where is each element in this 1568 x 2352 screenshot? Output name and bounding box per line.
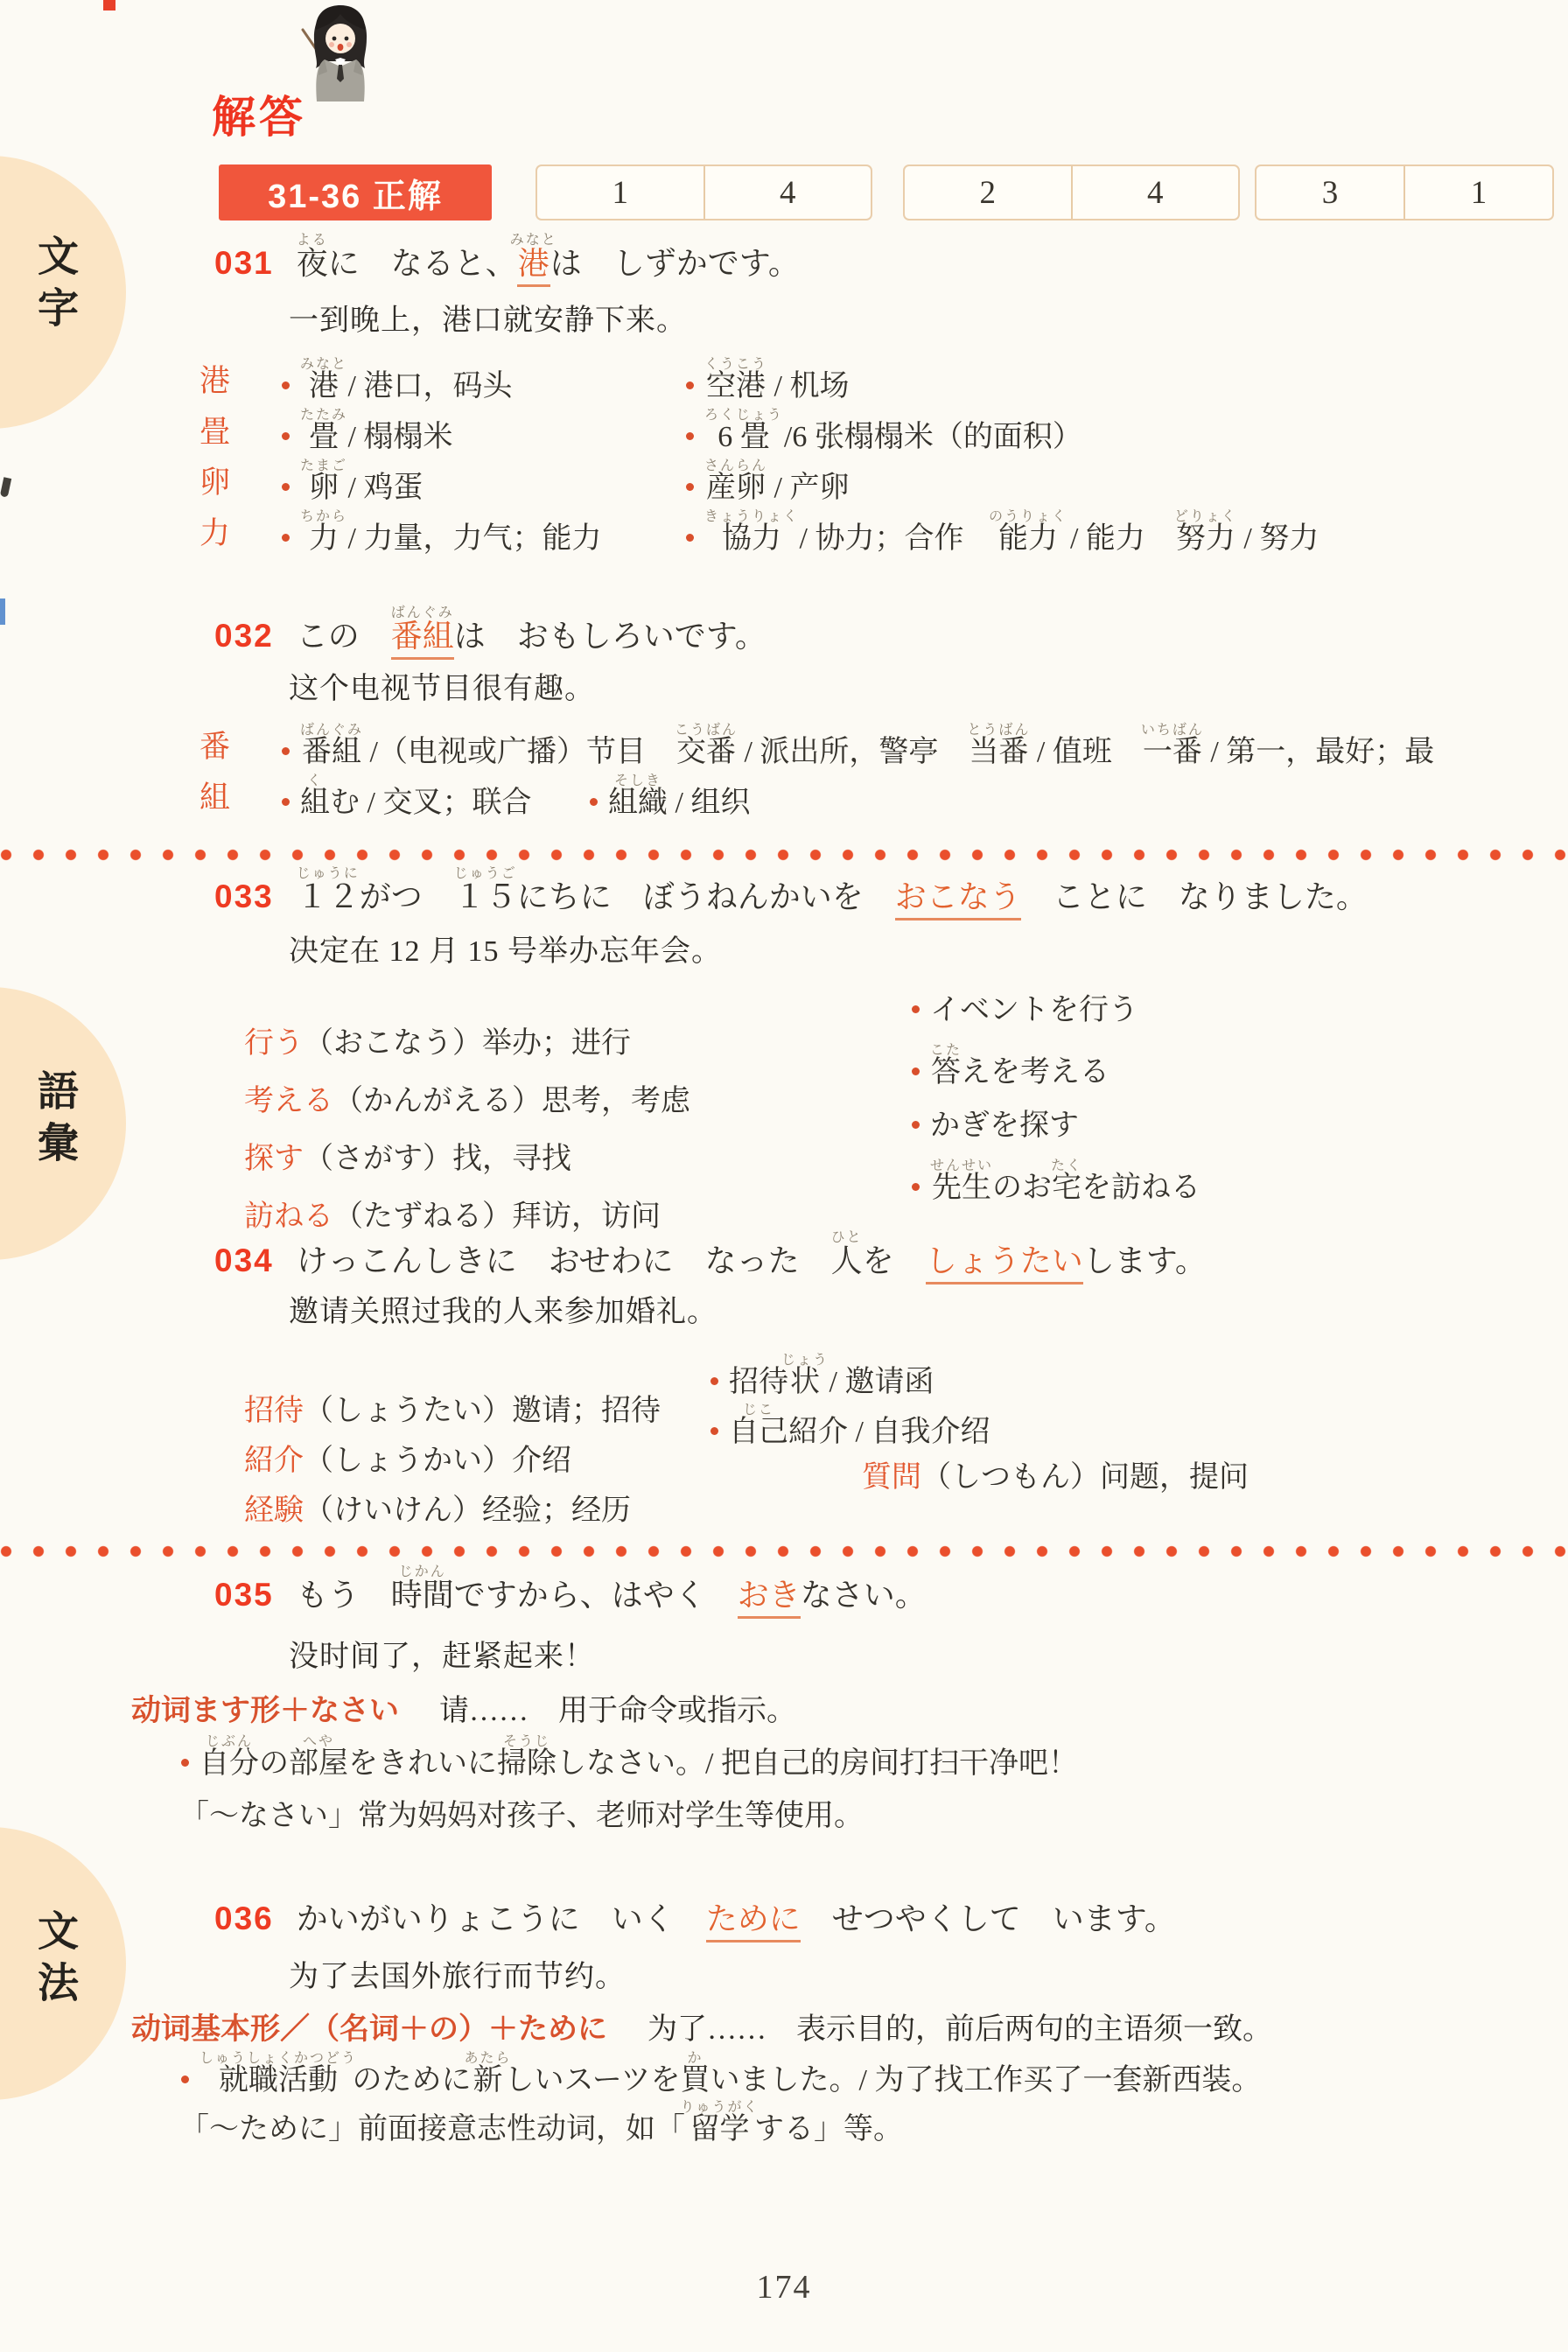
vocab-item: 組織そしき / 组织 — [588, 773, 750, 821]
print-artifact — [0, 477, 11, 497]
highlighted-answer-word: 番組ばんぐみ — [391, 619, 454, 660]
question-number: 034 — [214, 1242, 274, 1278]
vocab-item: 力ちから / 力量，力气；能力 — [280, 509, 684, 556]
grammar-meaning: 请…… 用于命令或指示。 — [439, 1695, 796, 1727]
answer-pair: 3 1 — [1255, 164, 1554, 220]
answer-cell: 4 — [1071, 166, 1239, 219]
grammar-pattern: 动词ます形＋なさい — [131, 1695, 399, 1727]
question-number: 035 — [214, 1577, 274, 1613]
highlighted-answer-word: しょうたい — [926, 1243, 1083, 1284]
translation-031: 一到晚上，港口就安静下来。 — [289, 304, 687, 338]
vocab-item: 組くむ / 交叉；联合 — [280, 773, 588, 821]
vocab-row: 力 力ちから / 力量，力气；能力 協力きょうりょく / 协力；合作 能力のうり… — [199, 486, 1319, 556]
question-034: 034けっこんしきに おせわに なった 人ひとを しょうたいします。 — [214, 1220, 1207, 1280]
print-artifact — [103, 0, 115, 10]
vocab-headword: 力 — [199, 509, 280, 556]
highlighted-answer-word: おき — [738, 1578, 801, 1619]
question-text: かいがいりょこうに いく ために せつやくして います。 — [297, 1901, 1176, 1942]
side-tab-goi: 語彙 — [26, 1069, 85, 1172]
print-artifact — [0, 598, 5, 625]
highlighted-answer-word: ために — [706, 1901, 801, 1942]
question-033: 033１２じゅうにがつ １５じゅうごにちに ぼうねんかいを おこなう ことに な… — [214, 856, 1368, 916]
question-number: 031 — [214, 245, 274, 281]
word: 経験 — [244, 1494, 304, 1527]
side-tab-moji: 文字 — [26, 234, 85, 338]
grammar-example: 自分じぶんの部屋へやをきれいに掃除そうじしなさい。/ 把自己的房间打扫干净吧！ — [179, 1724, 1078, 1781]
textbook-answer-page: 文字 語彙 文法 解答 31-36 正解 1 4 2 4 3 1 031夜よるに… — [0, 0, 1568, 2352]
question-031: 031夜よるに なると、港みなとは しずかです。 — [214, 222, 800, 283]
question-035: 035もう 時間じかんですから、はやく おきなさい。 — [214, 1554, 927, 1614]
headword: 質問 — [862, 1461, 921, 1494]
answer-cell: 2 — [905, 166, 1071, 219]
grammar-note: 「～ために」前面接意志性动词，如「留学りゅうがくする」等。 — [179, 2089, 903, 2146]
translation-035: 没时间了，赶紧起来！ — [289, 1640, 595, 1674]
answer-cell: 3 — [1256, 166, 1403, 219]
question-number: 036 — [214, 1900, 274, 1936]
highlighted-answer-word: 港みなと — [517, 246, 550, 287]
teacher-avatar-illustration — [296, 3, 385, 107]
word-example: 先生せんせいのお宅たくを訪ねる — [910, 1158, 1200, 1206]
question-number: 032 — [214, 618, 274, 654]
word-desc: （けいけん）经验；经历 — [304, 1494, 631, 1527]
side-tab-bunpou: 文法 — [26, 1909, 85, 2012]
highlighted-answer-word: おこなう — [895, 879, 1021, 920]
question-text: この 番組ばんぐみは おもしろいです。 — [297, 619, 766, 660]
answer-pair: 2 4 — [903, 164, 1240, 220]
answer-pair: 1 4 — [535, 164, 872, 220]
translation-036: 为了去国外旅行而节约。 — [289, 1960, 626, 1994]
answer-cell: 4 — [703, 166, 871, 219]
translation-034: 邀请关照过我的人来参加婚礼。 — [289, 1295, 717, 1329]
question-032: 032この 番組ばんぐみは おもしろいです。 — [214, 595, 766, 655]
grammar-note: 「～なさい」常为妈妈对孩子、老师对学生等使用。 — [179, 1799, 864, 1833]
vocab-row: 組 組くむ / 交叉；联合 組織そしき / 组织 — [199, 751, 750, 821]
answer-cell: 1 — [537, 166, 703, 219]
vocab-item: 協力きょうりょく / 协力；合作 能力のうりょく / 能力 努力どりょく / 努… — [684, 509, 1319, 556]
page-title: 解答 — [212, 82, 306, 145]
answer-cell: 1 — [1403, 166, 1552, 219]
answer-range-label: 31-36 正解 — [219, 164, 492, 220]
question-text: けっこんしきに おせわに なった 人ひとを しょうたいします。 — [297, 1243, 1207, 1284]
question-text: もう 時間じかんですから、はやく おきなさい。 — [297, 1578, 927, 1619]
page-number: 174 — [0, 2268, 1568, 2306]
question-number: 033 — [214, 878, 274, 914]
question-text: 夜よるに なると、港みなとは しずかです。 — [297, 246, 800, 287]
word-entry: 質問（しつもん）问题，提问 — [862, 1452, 1249, 1495]
question-036: 036かいがいりょこうに いく ために せつやくして います。 — [214, 1878, 1176, 1938]
question-text: １２じゅうにがつ １５じゅうごにちに ぼうねんかいを おこなう ことに なりまし… — [297, 879, 1368, 920]
vocab-headword: 組 — [199, 773, 280, 821]
